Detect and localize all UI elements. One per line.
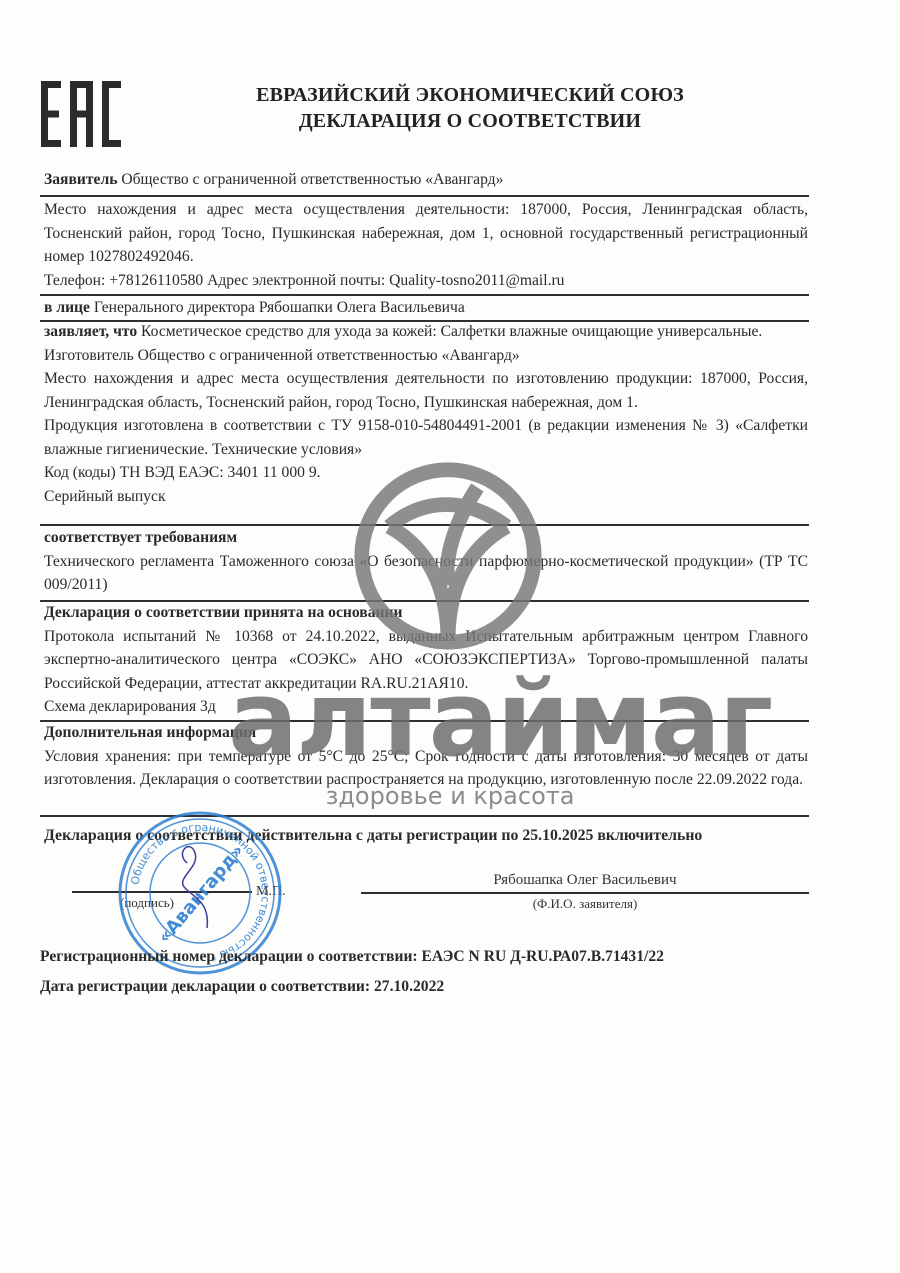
applicant-name: Общество с ограниченной ответственностью… [117, 171, 503, 188]
document-header: ЕВРАЗИЙСКИЙ ЭКОНОМИЧЕСКИЙ СОЮЗ ДЕКЛАРАЦИ… [200, 82, 740, 134]
technical-standard: Продукция изготовлена в соответствии с Т… [44, 414, 808, 461]
watermark-leaf-logo-icon [350, 458, 546, 654]
representative-label: в лице [44, 299, 90, 316]
applicant-full-name: Рябошапка Олег Васильевич [360, 872, 810, 889]
applicant-address: Место нахождения и адрес места осуществл… [44, 198, 808, 269]
applicant-label: Заявитель [44, 171, 117, 188]
union-title: ЕВРАЗИЙСКИЙ ЭКОНОМИЧЕСКИЙ СОЮЗ [200, 82, 740, 108]
registration-date: Дата регистрации декларации о соответств… [40, 978, 444, 996]
product-description: Косметическое средство для ухода за коже… [137, 323, 762, 340]
declares-label: заявляет, что [44, 323, 137, 340]
representative-name: Генерального директора Рябошапки Олега В… [90, 299, 465, 316]
declaration-title: ДЕКЛАРАЦИЯ О СООТВЕТСТВИИ [200, 108, 740, 134]
name-line [361, 892, 809, 894]
svg-text:«Авангард»: «Авангард» [154, 840, 249, 947]
watermark-tagline: здоровье и красота [300, 782, 600, 810]
applicant-section: Заявитель Общество с ограниченной ответс… [44, 168, 808, 192]
name-caption: (Ф.И.О. заявителя) [360, 896, 810, 912]
applicant-address-section: Место нахождения и адрес места осуществл… [44, 198, 808, 292]
manufacturer: Изготовитель Общество с ограниченной отв… [44, 344, 808, 368]
divider [40, 195, 809, 197]
watermark-brand: алтаймаг [228, 664, 688, 774]
manufacturer-address: Место нахождения и адрес места осуществл… [44, 367, 808, 414]
registration-number: Регистрационный номер декларации о соотв… [40, 948, 664, 966]
eac-logo-icon [41, 81, 121, 147]
representative-section: в лице Генерального директора Рябошапки … [44, 296, 808, 320]
applicant-contacts: Телефон: +78126110580 Адрес электронной … [44, 269, 808, 293]
